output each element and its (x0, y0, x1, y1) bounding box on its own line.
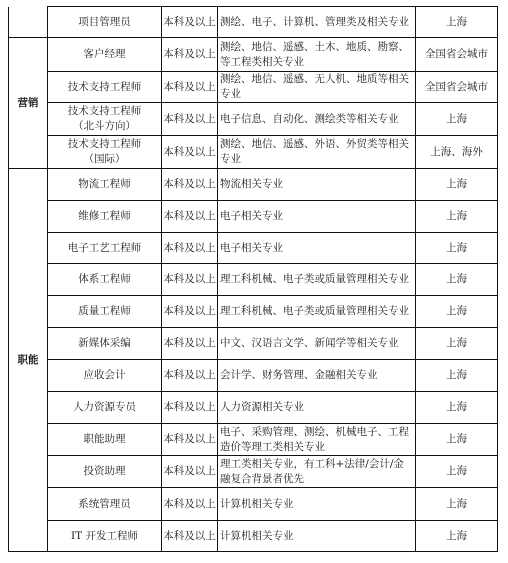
table-row: IT 开发工程师 本科及以上 计算机相关专业 上海 (9, 521, 498, 552)
major-cell: 物流相关专业 (218, 169, 416, 201)
location-cell: 全国省会城市 (416, 72, 498, 103)
table-row: 技术支持工程师 （国际） 本科及以上 测绘、地信、遥感、外语、外贸类等相关专业 … (9, 136, 498, 169)
table-row: 人力资源专员 本科及以上 人力资源相关专业 上海 (9, 392, 498, 424)
location-cell: 上海 (416, 392, 498, 424)
table-row: 质量工程师 本科及以上 理工科机械、电子类或质量管理相关专业 上海 (9, 296, 498, 328)
table-row: 技术支持工程师 （北斗方向） 本科及以上 电子信息、自动化、测绘类等相关专业 上… (9, 103, 498, 136)
education-cell: 本科及以上 (162, 264, 218, 296)
education-cell: 本科及以上 (162, 456, 218, 488)
location-cell: 上海 (416, 169, 498, 201)
education-cell: 本科及以上 (162, 328, 218, 360)
location-cell: 上海 (416, 521, 498, 552)
table-row: 电子工艺工程师 本科及以上 电子相关专业 上海 (9, 233, 498, 264)
location-cell: 全国省会城市 (416, 38, 498, 72)
location-cell: 上海 (416, 103, 498, 136)
major-cell: 电子、采购管理、测绘、机械电子、工程造价等理工类相关专业 (218, 424, 416, 456)
table-row: 系统管理员 本科及以上 计算机相关专业 上海 (9, 488, 498, 521)
table-row: 新媒体采编 本科及以上 中文、汉语言文学、新闻学等相关专业 上海 (9, 328, 498, 360)
education-cell: 本科及以上 (162, 7, 218, 38)
education-cell: 本科及以上 (162, 38, 218, 72)
position-cell: 投资助理 (48, 456, 162, 488)
position-cell: 体系工程师 (48, 264, 162, 296)
position-line-1: 技术支持工程师 (50, 137, 159, 152)
location-cell: 上海 (416, 296, 498, 328)
major-cell: 理工科机械、电子类或质量管理相关专业 (218, 264, 416, 296)
education-cell: 本科及以上 (162, 72, 218, 103)
major-cell: 测绘、地信、遥感、无人机、地质等相关专业 (218, 72, 416, 103)
category-cell-functional: 职能 (9, 169, 48, 552)
position-cell: 技术支持工程师 （国际） (48, 136, 162, 169)
location-cell: 上海 (416, 424, 498, 456)
education-cell: 本科及以上 (162, 233, 218, 264)
position-cell: 客户经理 (48, 38, 162, 72)
position-cell: IT 开发工程师 (48, 521, 162, 552)
job-requirements-table: 项目管理员 本科及以上 测绘、电子、计算机、管理类及相关专业 上海 营销 客户经… (8, 6, 498, 552)
position-cell: 物流工程师 (48, 169, 162, 201)
position-cell: 项目管理员 (48, 7, 162, 38)
position-cell: 新媒体采编 (48, 328, 162, 360)
major-cell: 电子信息、自动化、测绘类等相关专业 (218, 103, 416, 136)
table-row: 维修工程师 本科及以上 电子相关专业 上海 (9, 201, 498, 233)
major-cell: 测绘、电子、计算机、管理类及相关专业 (218, 7, 416, 38)
education-cell: 本科及以上 (162, 424, 218, 456)
position-cell: 系统管理员 (48, 488, 162, 521)
education-cell: 本科及以上 (162, 103, 218, 136)
education-cell: 本科及以上 (162, 392, 218, 424)
table-row: 技术支持工程师 本科及以上 测绘、地信、遥感、无人机、地质等相关专业 全国省会城… (9, 72, 498, 103)
category-cell-marketing: 营销 (9, 38, 48, 169)
major-cell: 计算机相关专业 (218, 521, 416, 552)
table-row: 职能 物流工程师 本科及以上 物流相关专业 上海 (9, 169, 498, 201)
position-cell: 维修工程师 (48, 201, 162, 233)
major-cell: 理工类相关专业，有工科+法律/会计/金融复合背景者优先 (218, 456, 416, 488)
location-cell: 上海 (416, 201, 498, 233)
education-cell: 本科及以上 (162, 360, 218, 392)
table-row: 职能助理 本科及以上 电子、采购管理、测绘、机械电子、工程造价等理工类相关专业 … (9, 424, 498, 456)
education-cell: 本科及以上 (162, 521, 218, 552)
education-cell: 本科及以上 (162, 488, 218, 521)
category-cell-continued (9, 7, 48, 38)
education-cell: 本科及以上 (162, 296, 218, 328)
table-row: 应收会计 本科及以上 会计学、财务管理、金融相关专业 上海 (9, 360, 498, 392)
table-row: 营销 客户经理 本科及以上 测绘、地信、遥感、土木、地质、勘察、等工程类相关专业… (9, 38, 498, 72)
major-cell: 测绘、地信、遥感、土木、地质、勘察、等工程类相关专业 (218, 38, 416, 72)
major-cell: 人力资源相关专业 (218, 392, 416, 424)
location-cell: 上海 (416, 233, 498, 264)
education-cell: 本科及以上 (162, 201, 218, 233)
location-cell: 上海 (416, 456, 498, 488)
position-cell: 应收会计 (48, 360, 162, 392)
position-line-2: （国际） (50, 152, 159, 167)
major-cell: 会计学、财务管理、金融相关专业 (218, 360, 416, 392)
position-cell: 人力资源专员 (48, 392, 162, 424)
location-cell: 上海 (416, 328, 498, 360)
position-cell: 技术支持工程师 (48, 72, 162, 103)
major-cell: 理工科机械、电子类或质量管理相关专业 (218, 296, 416, 328)
position-cell: 电子工艺工程师 (48, 233, 162, 264)
location-cell: 上海 (416, 264, 498, 296)
table-row: 体系工程师 本科及以上 理工科机械、电子类或质量管理相关专业 上海 (9, 264, 498, 296)
education-cell: 本科及以上 (162, 136, 218, 169)
location-cell: 上海 (416, 7, 498, 38)
major-cell: 测绘、地信、遥感、外语、外贸类等相关专业 (218, 136, 416, 169)
major-cell: 计算机相关专业 (218, 488, 416, 521)
education-cell: 本科及以上 (162, 169, 218, 201)
major-cell: 电子相关专业 (218, 201, 416, 233)
location-cell: 上海 (416, 488, 498, 521)
position-cell: 质量工程师 (48, 296, 162, 328)
position-cell: 职能助理 (48, 424, 162, 456)
major-cell: 中文、汉语言文学、新闻学等相关专业 (218, 328, 416, 360)
major-cell: 电子相关专业 (218, 233, 416, 264)
location-cell: 上海 (416, 360, 498, 392)
position-cell: 技术支持工程师 （北斗方向） (48, 103, 162, 136)
table-row: 项目管理员 本科及以上 测绘、电子、计算机、管理类及相关专业 上海 (9, 7, 498, 38)
location-cell: 上海、海外 (416, 136, 498, 169)
table-row: 投资助理 本科及以上 理工类相关专业，有工科+法律/会计/金融复合背景者优先 上… (9, 456, 498, 488)
position-line-2: （北斗方向） (50, 119, 159, 134)
position-line-1: 技术支持工程师 (50, 104, 159, 119)
